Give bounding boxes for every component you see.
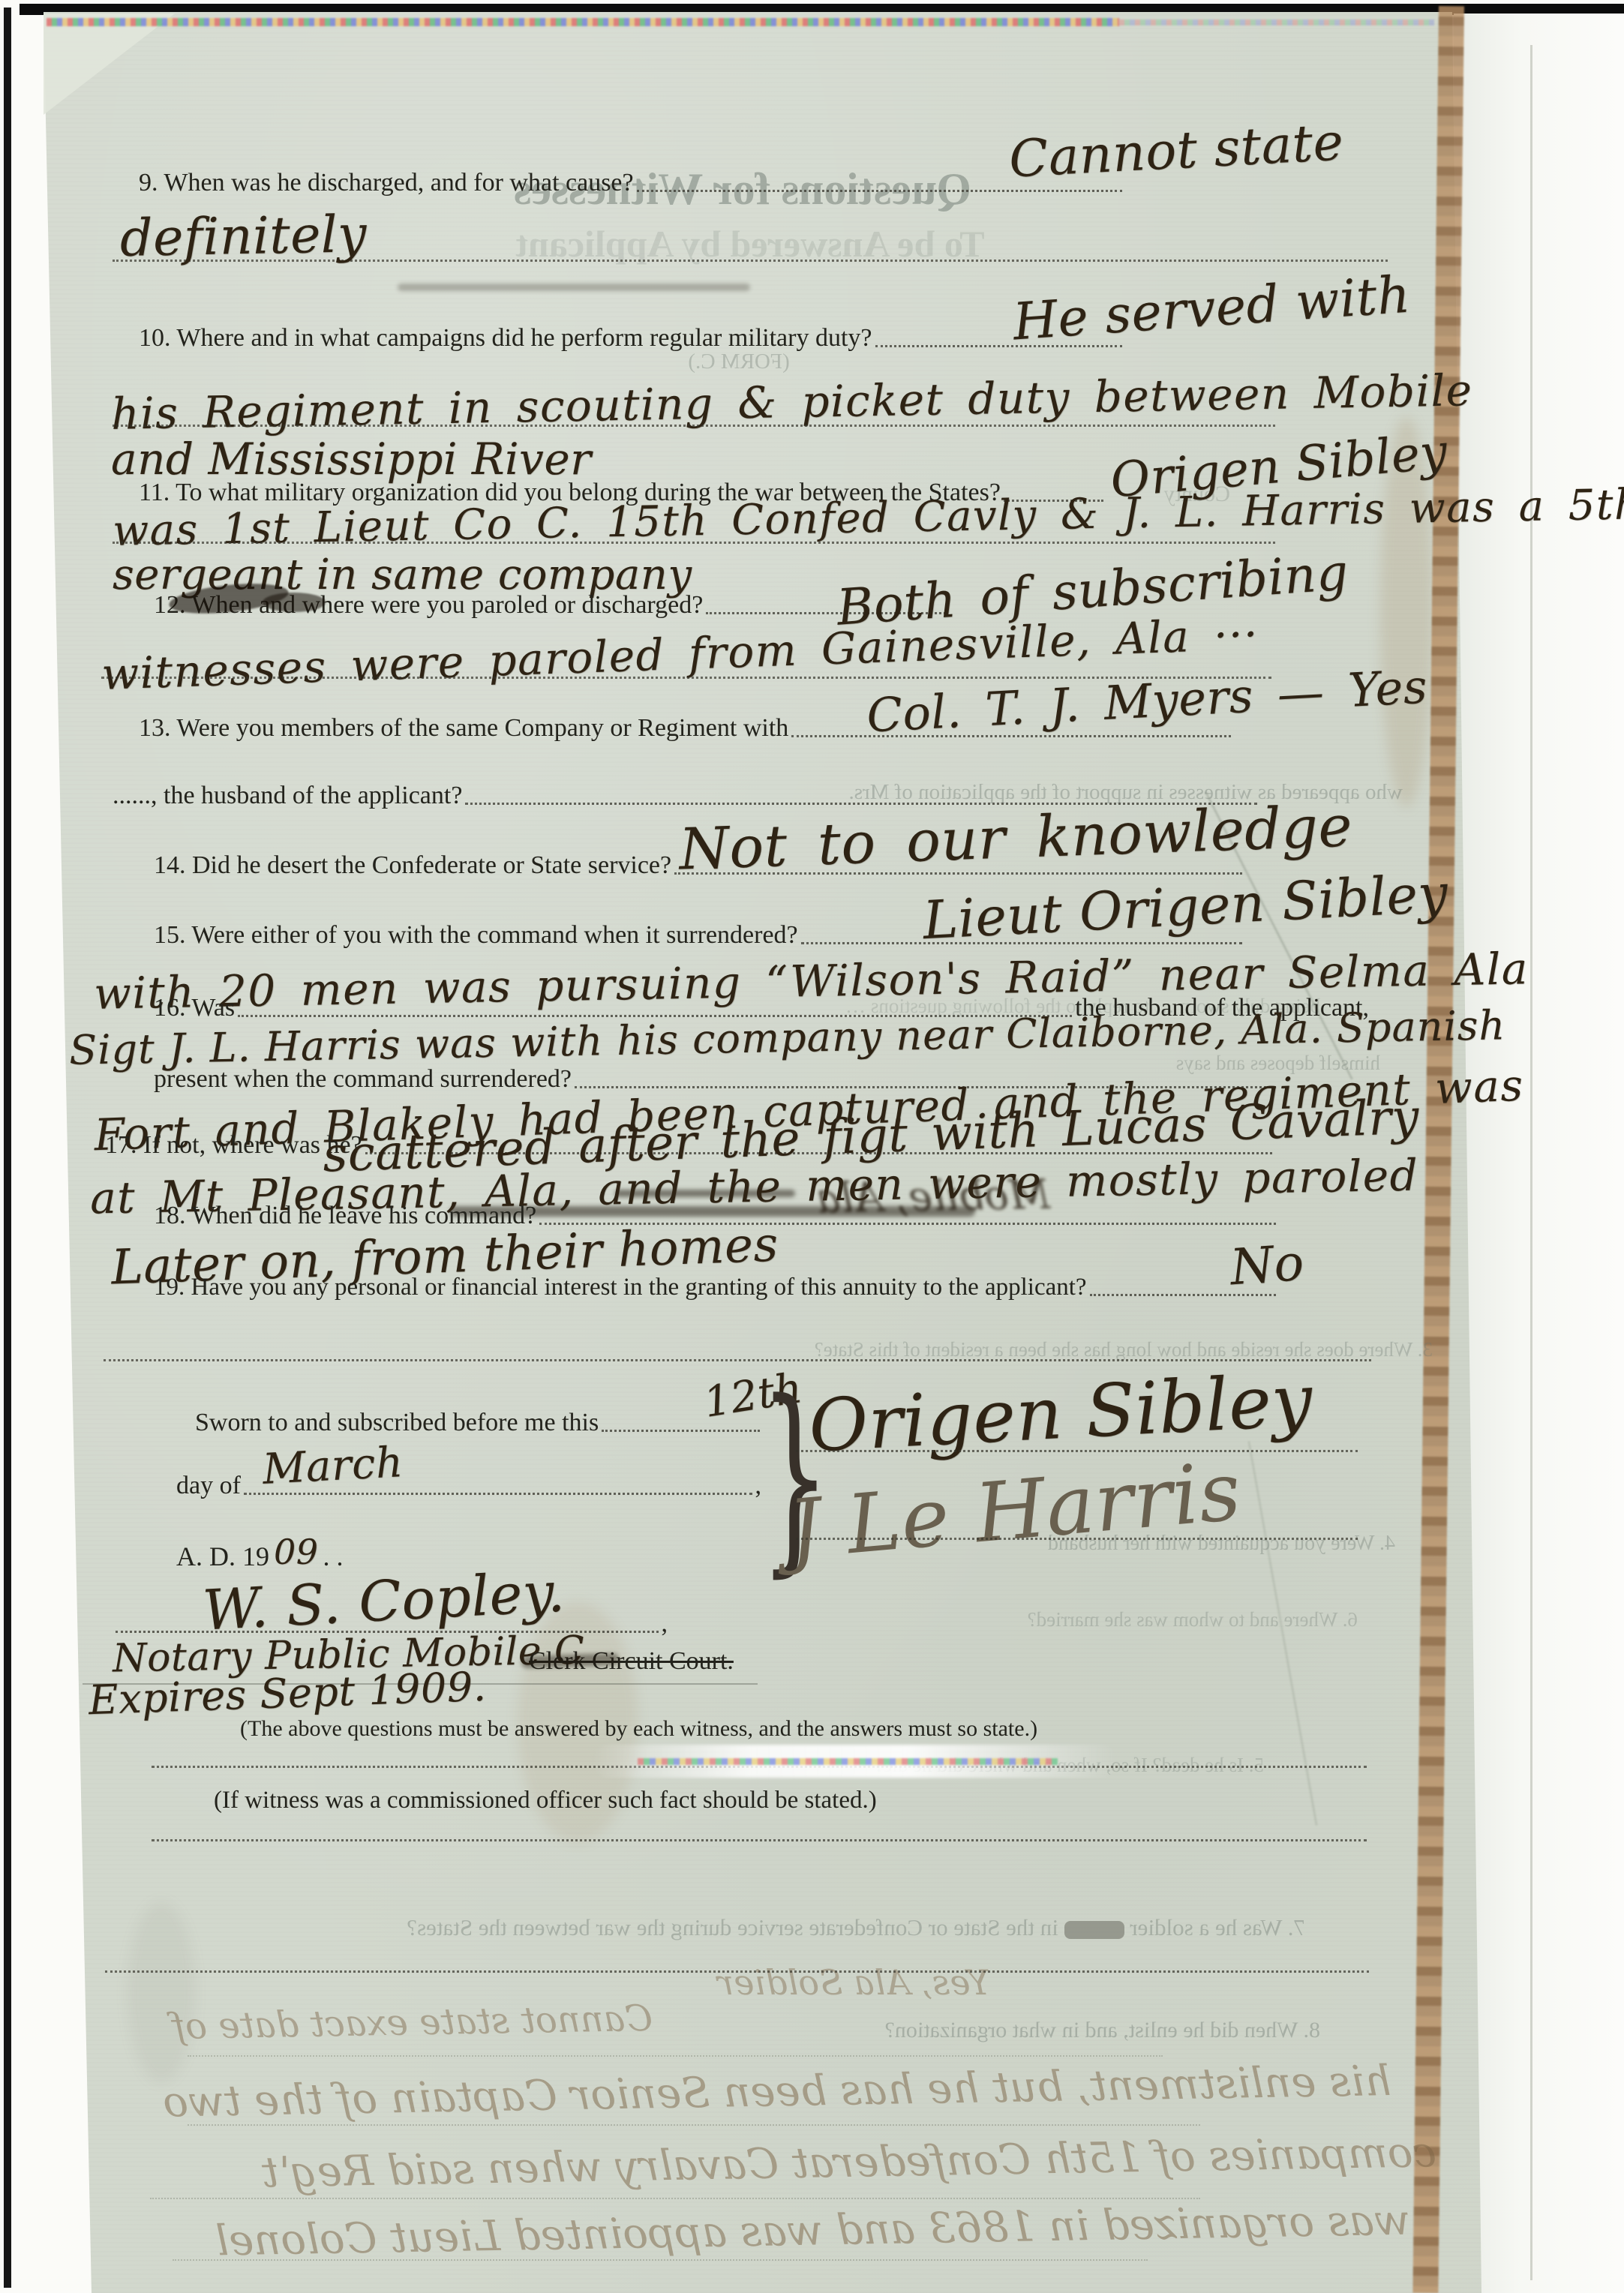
jurat-ad-suffix: . . (323, 1541, 344, 1572)
backing-sheet (1454, 14, 1624, 2293)
scanner-edge-left (4, 8, 11, 2288)
dotted-line (152, 1839, 1367, 1841)
question-9-label: 9. When was he discharged, and for what … (139, 169, 634, 197)
tape-glare-rainbow (638, 1758, 1058, 1765)
bleed-form-c: (FORM C.) (656, 350, 821, 374)
question-10-label: 10. Where and in what campaigns did he p… (139, 324, 872, 353)
question-16-label: 16. Was (154, 994, 235, 1022)
dotted-leader (637, 190, 1122, 192)
jurat-comma: , (755, 1472, 762, 1500)
jurat-day-of-label: day of (176, 1472, 241, 1500)
jurat-month: March (261, 1438, 404, 1494)
jurat-sworn-label: Sworn to and subscribed before me this (195, 1409, 599, 1437)
pencil-smear (398, 284, 750, 291)
scanned-document-page: Questions for Witnesses To be Answered b… (0, 0, 1624, 2293)
dotted-line (105, 1970, 1369, 1973)
answer-9-line-2: definitely (119, 205, 367, 269)
notary-comma: , (662, 1610, 668, 1638)
dotted-line (113, 542, 1275, 544)
note-2-label: (If witness was a commissioned officer s… (214, 1787, 877, 1814)
question-9: 9. When was he discharged, and for what … (139, 169, 1125, 197)
bleed-q6: 6. Where and to whom was she married? (878, 1608, 1358, 1631)
question-13-cont-label: ......, the husband of the applicant? (113, 782, 462, 810)
question-19-label: 19. Have you any personal or financial i… (154, 1274, 1087, 1301)
bleed-q7-answer: Yes, Ala Soldier (660, 1962, 990, 2003)
jurat-year: 09 (274, 1532, 319, 1572)
question-16-cont-label: present when the command surrendered? (154, 1065, 572, 1094)
question-13-label: 13. Were you members of the same Company… (139, 714, 788, 743)
question-14-label: 14. Did he desert the Confederate or Sta… (154, 851, 671, 880)
dotted-leader (244, 1493, 752, 1495)
question-10: 10. Where and in what campaigns did he p… (139, 324, 1125, 353)
bleed-dotted-line (173, 2259, 1148, 2261)
bleed-dotted-line (188, 2055, 1163, 2057)
backing-sheet-crease (1530, 45, 1532, 2280)
bleed-q7-start: 7. Was he a soldier (1130, 1914, 1305, 1940)
bleed-q7: 7. Was he a soldier in the State or Conf… (135, 1914, 1305, 1941)
answer-19: No (1228, 1234, 1306, 1297)
note-2: (If witness was a commissioned officer s… (214, 1787, 877, 1814)
dotted-line (113, 425, 1275, 427)
jurat-ad-label: A. D. 19 (176, 1541, 269, 1572)
tape-glare-top (47, 18, 1119, 26)
ink-blot (1064, 1921, 1124, 1939)
bleed-q8: 8. When did he enlist, and in what organ… (653, 2018, 1320, 2043)
question-15-label: 15. Were either of you with the command … (154, 921, 798, 950)
bleed-q3: 3. Where does she reside and how long ha… (863, 1338, 1433, 1361)
dotted-leader (602, 1430, 760, 1432)
question-18-label: 18. When did he leave his command? (154, 1202, 536, 1230)
bleed-q8-answer: Cannot state exact date of (210, 1997, 653, 2047)
question-19: 19. Have you any personal or financial i… (154, 1274, 1279, 1301)
bleed-q7-end: in the State or Confederate service duri… (407, 1914, 1058, 1940)
bleed-dotted-line (188, 2124, 1200, 2126)
tape-glare-top-right (1119, 20, 1434, 26)
jurat-sworn-line: Sworn to and subscribed before me this (195, 1409, 763, 1437)
signature-line-1 (796, 1450, 1358, 1452)
ink-blot (263, 593, 326, 612)
bleed-dotted-line (150, 2198, 1200, 2199)
jurat-ad-line: A. D. 1909. . (176, 1532, 371, 1572)
note-1-label: (The above questions must be answered by… (240, 1716, 1037, 1742)
answer-10-line-3: and Mississippi River (111, 434, 591, 485)
note-1: (The above questions must be answered by… (240, 1716, 1037, 1742)
signature-line-2 (796, 1538, 1358, 1540)
dotted-line (104, 1359, 1371, 1361)
